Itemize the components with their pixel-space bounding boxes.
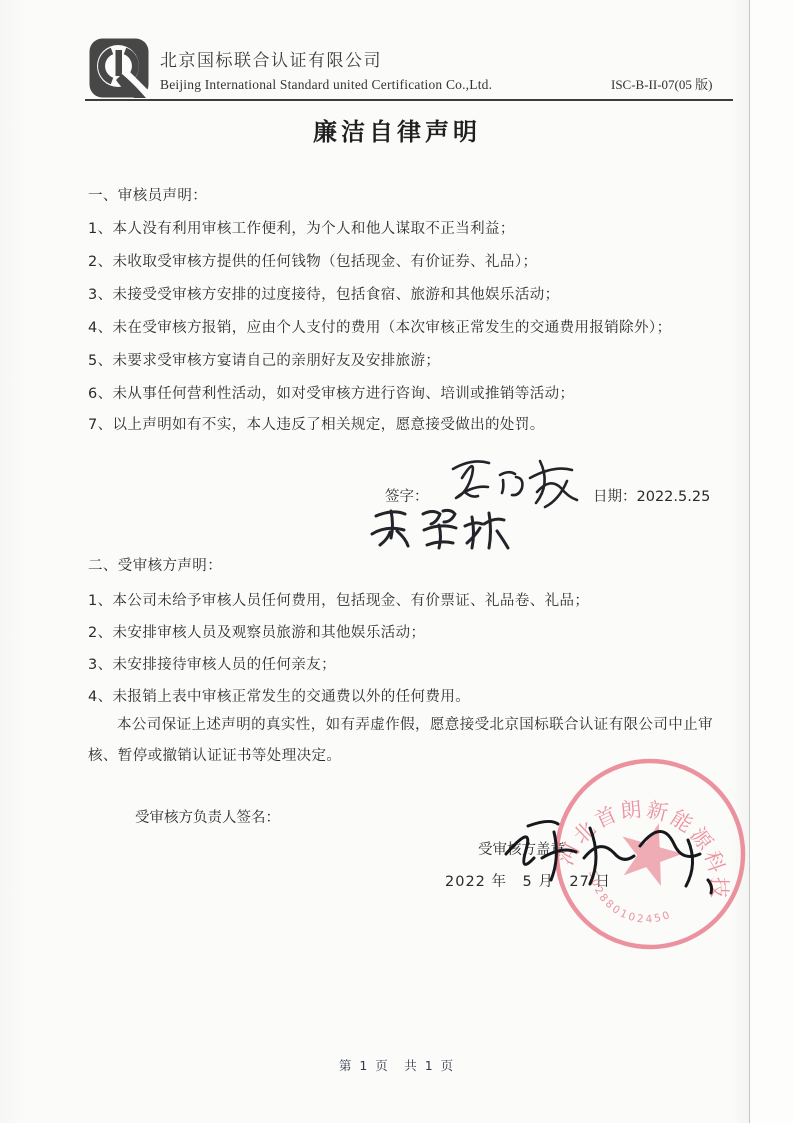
certification-logo-icon bbox=[88, 37, 150, 99]
date-value: 2022.5.25 bbox=[637, 489, 711, 505]
section2-item: 1、本公司未给予审核人员任何费用，包括现金、有价票证、礼品卷、礼品； bbox=[88, 589, 589, 610]
company-name-cn: 北京国标联合认证有限公司 bbox=[160, 46, 382, 71]
section1-item: 5、未要求受审核方宴请自己的亲朋好友及安排旅游； bbox=[88, 349, 440, 370]
company-name-en: Beijing International Standard united Ce… bbox=[160, 77, 492, 93]
page-number-footer: 第 1 页 共 1 页 bbox=[0, 1056, 794, 1074]
handwritten-signature-auditor2 bbox=[362, 503, 517, 553]
auditee-leader-sign-label: 受审核方负责人签名： bbox=[135, 806, 280, 827]
document-code: ISC-B-II-07(05 版) bbox=[611, 74, 712, 93]
handwritten-signature-over-stamp bbox=[492, 806, 728, 910]
section2-item: 2、未安排审核人员及观察员旅游和其他娱乐活动； bbox=[88, 621, 425, 642]
section1-heading: 一、审核员声明： bbox=[88, 184, 207, 205]
section2-item: 4、未报销上表中审核正常发生的交通费以外的任何费用。 bbox=[88, 685, 470, 706]
section1-item: 6、未从事任何营利性活动，如对受审核方进行咨询、培训或推销等活动； bbox=[88, 382, 574, 403]
section1-item: 2、未收取受审核方提供的任何钱物（包括现金、有价证券、礼品）； bbox=[88, 250, 537, 271]
section2-heading: 二、受审核方声明： bbox=[88, 554, 222, 575]
header-rule bbox=[85, 99, 733, 101]
section1-item: 1、本人没有利用审核工作便利，为个人和他人谋取不正当利益； bbox=[88, 217, 515, 238]
scanned-document-page: 北京国标联合认证有限公司 Beijing International Stand… bbox=[0, 0, 794, 1123]
section1-item: 7、以上声明如有不实，本人违反了相关规定，愿意接受做出的处罚。 bbox=[88, 413, 545, 434]
section1-item: 4、未在受审核方报销，应由个人支付的费用（本次审核正常发生的交通费用报销除外）； bbox=[88, 316, 671, 337]
section2-item: 3、未安排接待审核人员的任何亲友； bbox=[88, 653, 336, 674]
section1-item: 3、未接受受审核方安排的过度接待，包括食宿、旅游和其他娱乐活动； bbox=[88, 283, 560, 304]
page-title: 廉洁自律声明 bbox=[0, 112, 794, 147]
